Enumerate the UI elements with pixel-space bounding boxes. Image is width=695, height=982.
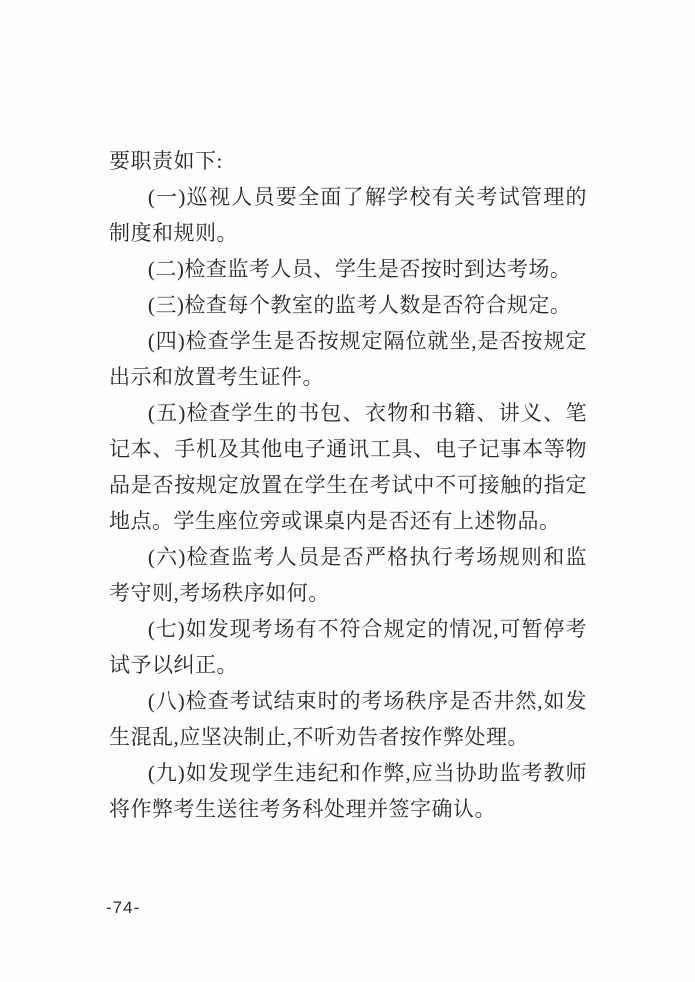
paragraph-4: (三)检查每个教室的监考人数是否符合规定。 (109, 287, 587, 323)
paragraph-9: (八)检查考试结束时的考场秩序是否井然,如发生混乱,应坚决制止,不听劝告者按作弊… (109, 683, 587, 755)
paragraph-3: (二)检查监考人员、学生是否按时到达考场。 (109, 251, 587, 287)
paragraph-2: (一)巡视人员要全面了解学校有关考试管理的制度和规则。 (109, 179, 587, 251)
paragraph-10: (九)如发现学生违纪和作弊,应当协助监考教师将作弊考生送往考务科处理并签字确认。 (109, 755, 587, 827)
paragraph-7: (六)检查监考人员是否严格执行考场规则和监考守则,考场秩序如何。 (109, 539, 587, 611)
paragraph-1: 要职责如下: (109, 143, 587, 179)
document-page: 要职责如下:(一)巡视人员要全面了解学校有关考试管理的制度和规则。(二)检查监考… (0, 0, 695, 982)
document-body: 要职责如下:(一)巡视人员要全面了解学校有关考试管理的制度和规则。(二)检查监考… (109, 143, 587, 827)
paragraph-8: (七)如发现考场有不符合规定的情况,可暂停考试予以纠正。 (109, 611, 587, 683)
paragraph-5: (四)检查学生是否按规定隔位就坐,是否按规定出示和放置考生证件。 (109, 323, 587, 395)
page-number: -74- (106, 898, 140, 918)
paragraph-6: (五)检查学生的书包、衣物和书籍、讲义、笔记本、手机及其他电子通讯工具、电子记事… (109, 395, 587, 539)
